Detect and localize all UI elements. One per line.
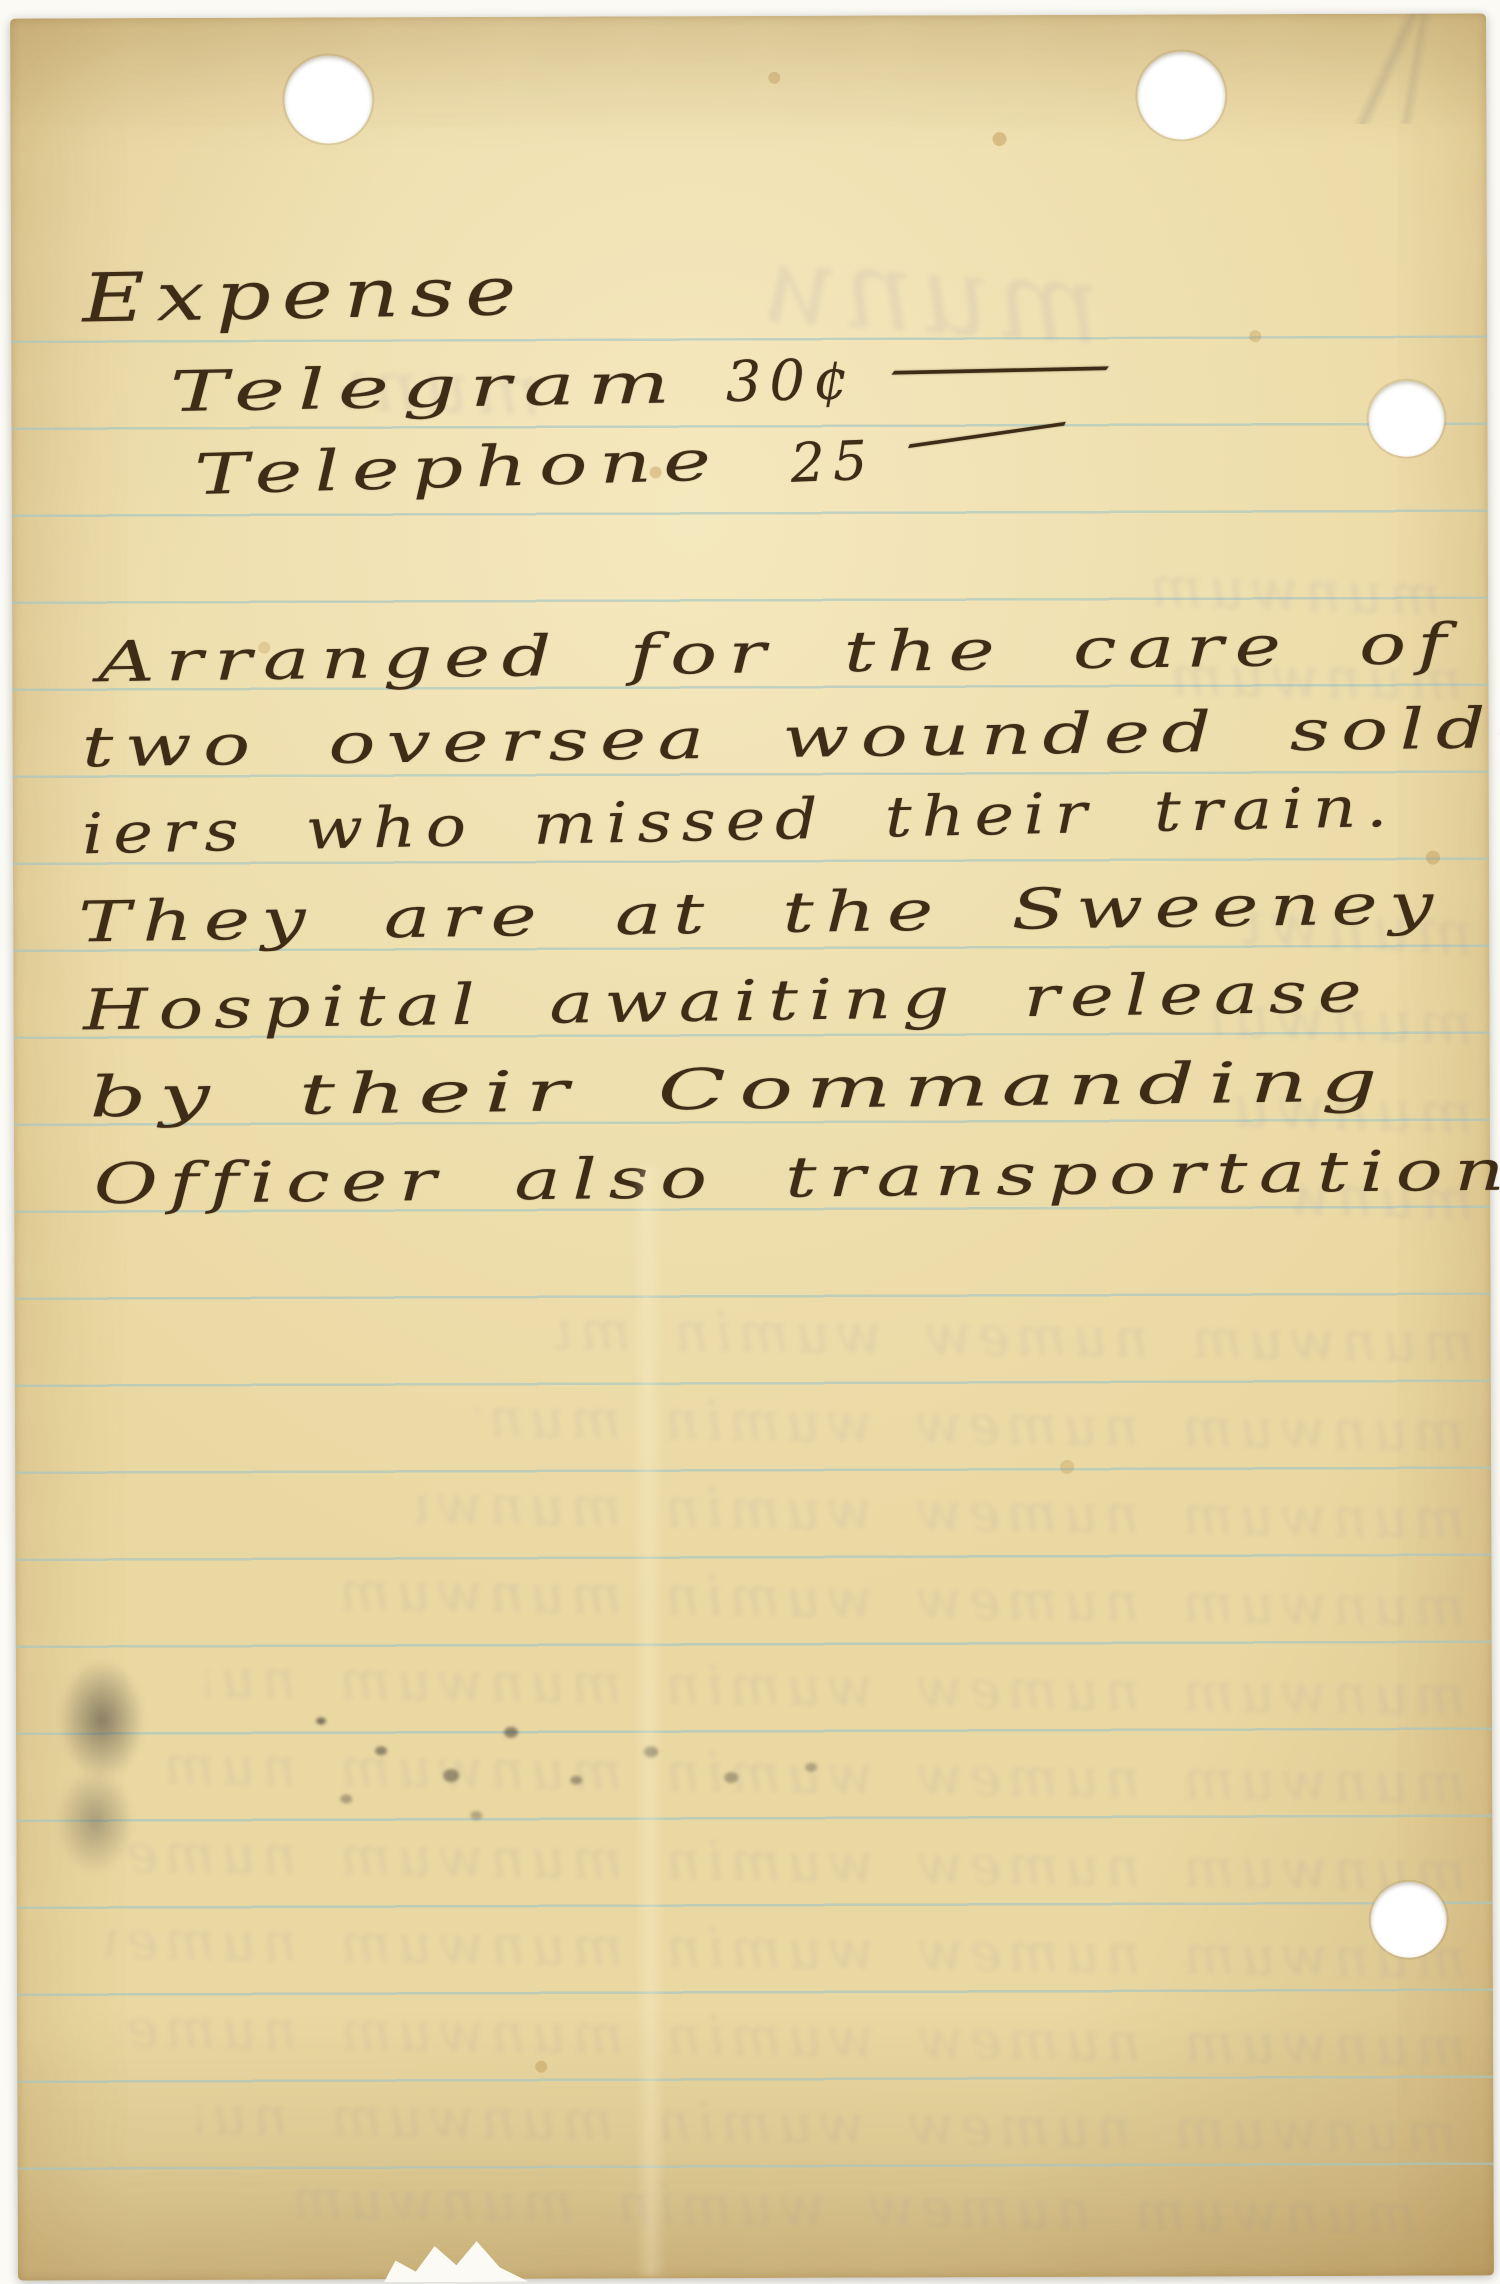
note-line-7: Officer also transportation [93,1138,1500,1217]
note-line-6: by their Commanding [88,1049,1391,1130]
handwriting-layer: Expense Telegram 30¢— Telephone 25— Arra… [10,13,1494,2280]
expense-item-amount-telegram: 30¢— [725,345,947,415]
smudge-stain [42,1658,163,1878]
note-line-2: two oversea wounded sold- [81,696,1500,781]
expense-item-label-telegram: Telegram [169,351,683,425]
smudge-specks [316,1717,326,1724]
expense-heading: Expense [81,253,528,338]
telegram-amount-text: 30¢ [725,347,857,415]
telegram-trailing-dash: — [882,331,1152,402]
expense-item-amount-telephone: 25— [789,425,964,495]
scratch-mark [1300,13,1495,124]
paper-crease [632,1166,666,2276]
fox-spots [10,19,18,27]
note-line-4: They are at the Sweeney [78,872,1445,955]
note-line-3: iers who missed their train. [81,775,1397,868]
notebook-paper: munwum numew wumin munwum numew wumin mu… [10,13,1494,2280]
expense-item-label-telephone: Telephone [193,428,724,507]
note-line-5: Hospital awaiting release [82,960,1373,1043]
telephone-amount-text: 25 [789,429,876,495]
note-line-1: Arranged for the care of [97,612,1458,695]
